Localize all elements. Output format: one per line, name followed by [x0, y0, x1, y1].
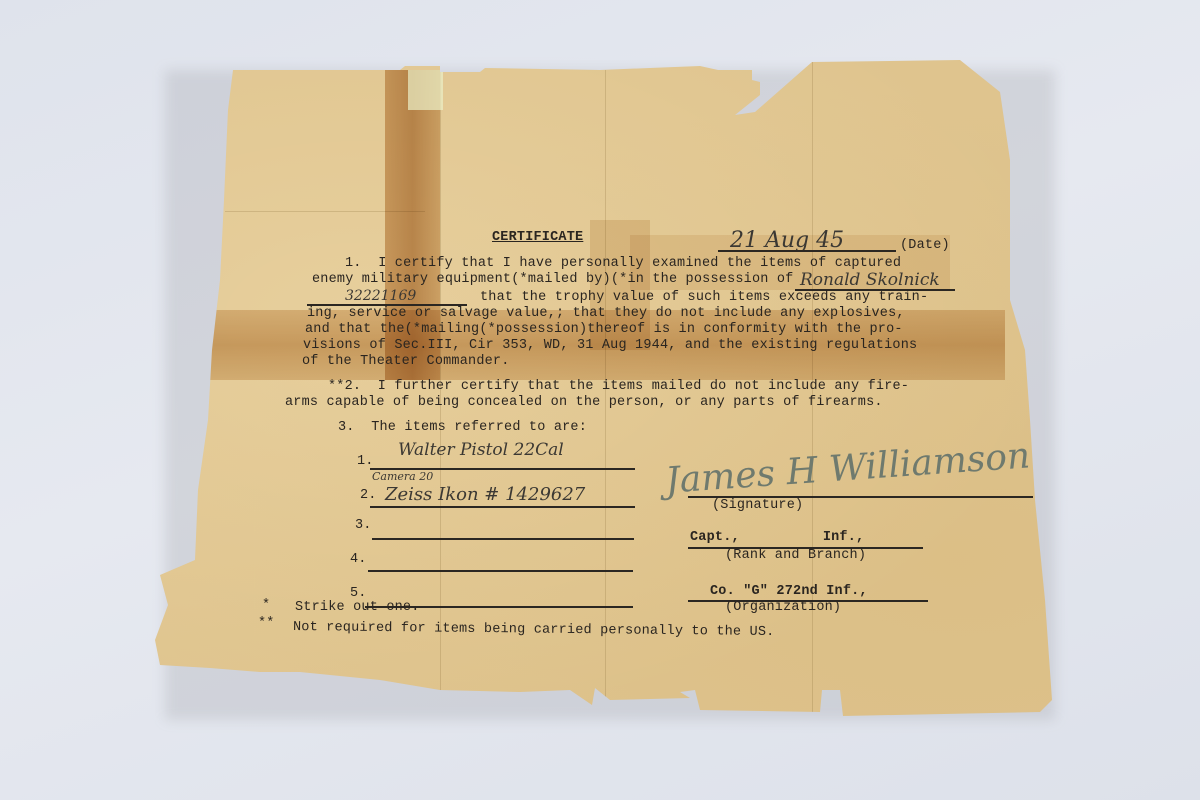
footnote-1-mark: *: [262, 598, 270, 614]
organization-label: (Organization): [725, 600, 841, 616]
item-2-value: Zeiss Ikon # 1429627: [385, 484, 585, 505]
item-2-note: Camera 20: [372, 470, 433, 483]
footnote-2-text: Not required for items being carried per…: [293, 620, 775, 641]
rank-branch-label: (Rank and Branch): [725, 548, 866, 564]
items-heading: 3. The items referred to are:: [338, 420, 587, 436]
para2-line2: arms capable of being concealed on the p…: [285, 395, 883, 411]
para1-line4: ing, service or salvage value,; that the…: [307, 306, 905, 322]
item-2-number: 2.: [360, 488, 377, 504]
item-1-value: Walter Pistol 22Cal: [398, 440, 564, 460]
para1-line7: of the Theater Commander.: [302, 354, 510, 370]
signature-label: (Signature): [712, 498, 803, 514]
organization-value: Co. "G" 272nd Inf.,: [710, 584, 868, 600]
date-label: (Date): [900, 238, 950, 254]
tape-clear-piece: [408, 70, 443, 110]
para1-line6: visions of Sec.III, Cir 353, WD, 31 Aug …: [303, 338, 917, 354]
item-3-line: [372, 538, 634, 540]
footnote-2-mark: **: [258, 616, 275, 632]
serial-handwritten: 32221169: [345, 288, 416, 304]
item-3-number: 3.: [355, 518, 372, 534]
signature-handwritten: James H Williamson: [664, 435, 1031, 501]
para1-line2: enemy military equipment(*mailed by)(*in…: [312, 272, 793, 288]
date-line: [718, 250, 896, 252]
item-2-line: [370, 506, 635, 508]
para2-line1: **2. I further certify that the items ma…: [328, 379, 909, 395]
possessor-name-handwritten: Ronald Skolnick: [800, 270, 940, 290]
certificate-title: CERTIFICATE: [492, 230, 583, 246]
footnote-1-text: Strike out one.: [295, 600, 420, 616]
para1-line3: that the trophy value of such items exce…: [480, 290, 928, 306]
item-4-line: [368, 570, 633, 572]
rank-branch-value: Capt., Inf.,: [690, 530, 864, 546]
item-4-number: 4.: [350, 552, 367, 568]
para1-line5: and that the(*mailing(*possession)thereo…: [305, 322, 903, 338]
